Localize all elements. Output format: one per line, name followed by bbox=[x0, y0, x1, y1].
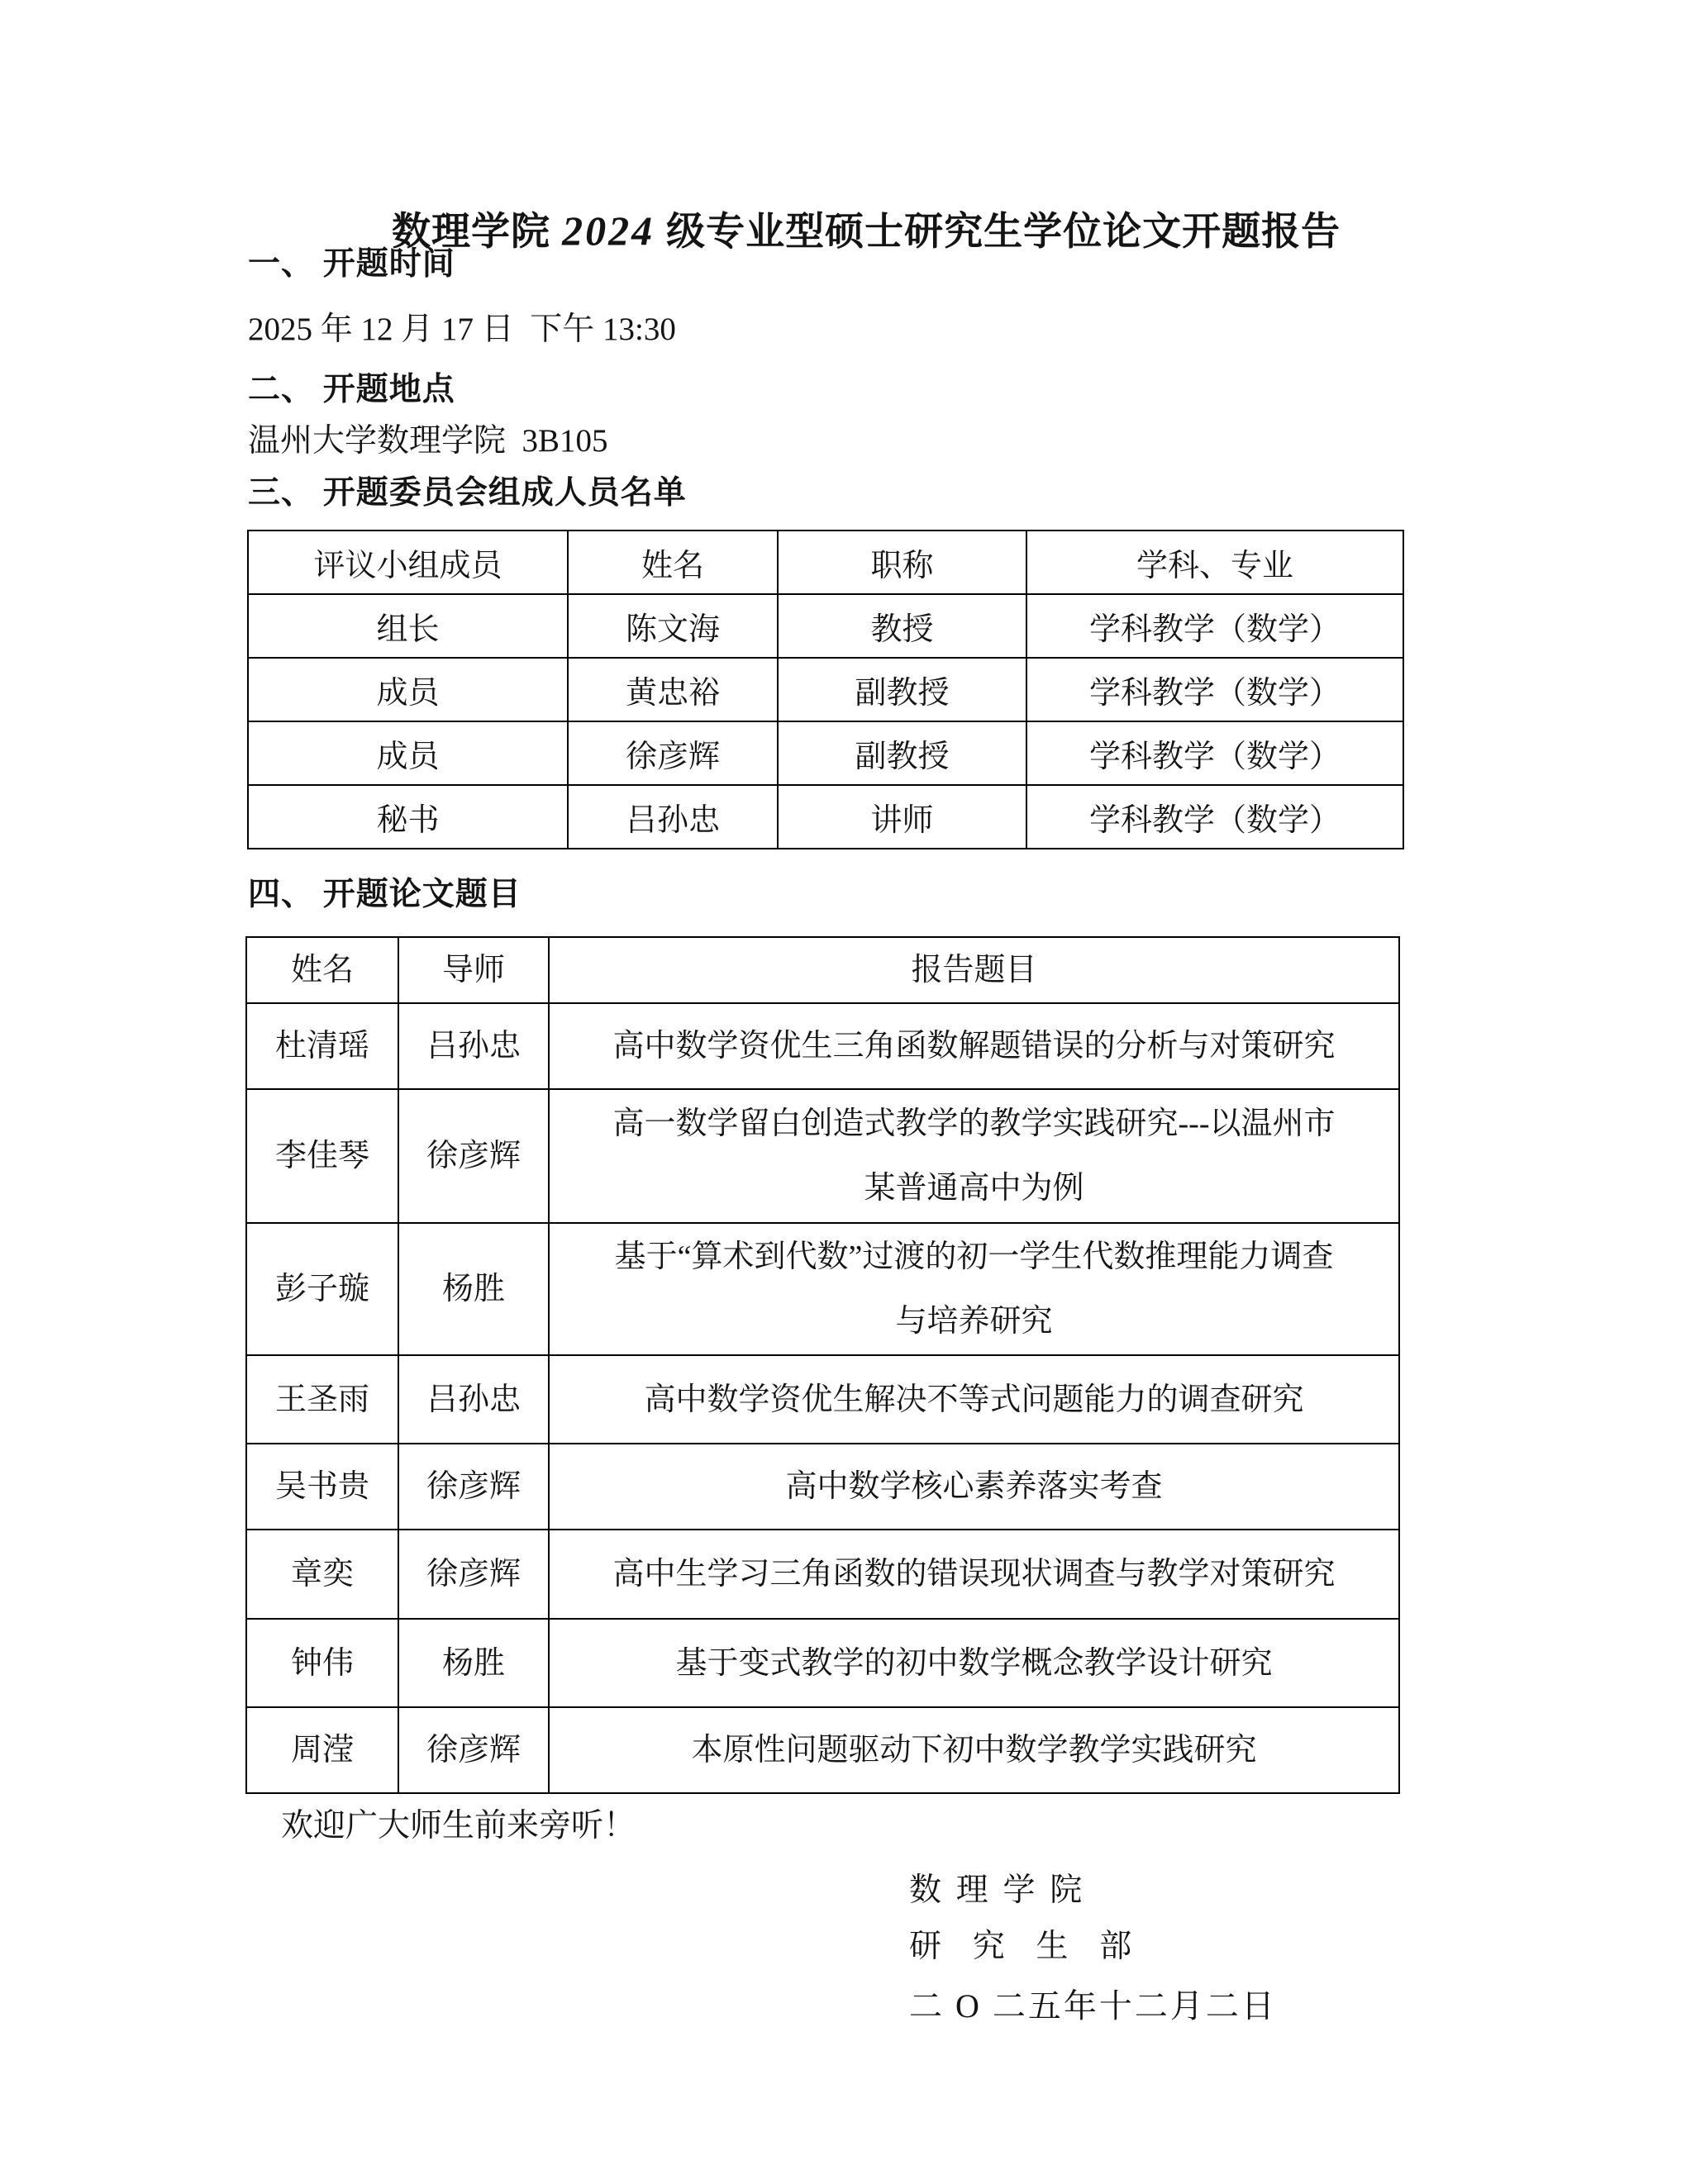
committee-table: 评议小组成员 姓名 职称 学科、专业 组长 陈文海 教授 学科教学（数学） 成员… bbox=[247, 530, 1404, 849]
title-cell: 副教授 bbox=[778, 721, 1026, 785]
section-heading-time: 一、 开题时间 bbox=[248, 238, 455, 284]
committee-row: 组长 陈文海 教授 学科教学（数学） bbox=[248, 594, 1403, 658]
advisor-cell: 徐彦辉 bbox=[398, 1089, 549, 1223]
thesis-header-row: 姓名 导师 报告题目 bbox=[246, 937, 1399, 1003]
signature-college: 数 理 学 院 bbox=[909, 1864, 1085, 1910]
welcome-text: 欢迎广大师生前来旁听！ bbox=[281, 1800, 636, 1846]
page-title-year: 2024 bbox=[562, 207, 655, 254]
report-title-cell: 基于“算术到代数”过渡的初一学生代数推理能力调查 与培养研究 bbox=[549, 1223, 1399, 1355]
signature-department: 研 究 生 部 bbox=[909, 1920, 1143, 1967]
column-header: 评议小组成员 bbox=[248, 531, 568, 594]
student-cell: 吴书贵 bbox=[246, 1444, 398, 1530]
advisor-cell: 吕孙忠 bbox=[398, 1355, 549, 1444]
name-cell: 黄忠裕 bbox=[568, 658, 778, 721]
student-cell: 周滢 bbox=[246, 1707, 398, 1793]
thesis-row: 王圣雨 吕孙忠 高中数学资优生解决不等式问题能力的调查研究 bbox=[246, 1355, 1399, 1444]
thesis-row: 章奕 徐彦辉 高中生学习三角函数的错误现状调查与教学对策研究 bbox=[246, 1530, 1399, 1619]
advisor-cell: 徐彦辉 bbox=[398, 1444, 549, 1530]
column-header: 导师 bbox=[398, 937, 549, 1003]
title-cell: 教授 bbox=[778, 594, 1026, 658]
report-title-cell: 本原性问题驱动下初中数学教学实践研究 bbox=[549, 1707, 1399, 1793]
page-title-suffix: 级专业型硕士研究生学位论文开题报告 bbox=[655, 209, 1341, 253]
signature-date: 二 O 二五年十二月二日 bbox=[909, 1980, 1277, 2027]
title-cell: 讲师 bbox=[778, 785, 1026, 849]
role-cell: 成员 bbox=[248, 721, 568, 785]
advisor-cell: 杨胜 bbox=[398, 1619, 549, 1707]
report-title-cell: 基于变式教学的初中数学概念教学设计研究 bbox=[549, 1619, 1399, 1707]
major-cell: 学科教学（数学） bbox=[1026, 785, 1403, 849]
committee-header-row: 评议小组成员 姓名 职称 学科、专业 bbox=[248, 531, 1403, 594]
title-cell: 副教授 bbox=[778, 658, 1026, 721]
name-cell: 徐彦辉 bbox=[568, 721, 778, 785]
student-cell: 钟伟 bbox=[246, 1619, 398, 1707]
thesis-row: 吴书贵 徐彦辉 高中数学核心素养落实考查 bbox=[246, 1444, 1399, 1530]
section-heading-thesis-titles: 四、 开题论文题目 bbox=[248, 868, 522, 915]
major-cell: 学科教学（数学） bbox=[1026, 721, 1403, 785]
committee-row: 成员 黄忠裕 副教授 学科教学（数学） bbox=[248, 658, 1403, 721]
student-cell: 彭子璇 bbox=[246, 1223, 398, 1355]
report-title-cell: 高中数学资优生三角函数解题错误的分析与对策研究 bbox=[549, 1003, 1399, 1089]
column-header: 职称 bbox=[778, 531, 1026, 594]
column-header: 学科、专业 bbox=[1026, 531, 1403, 594]
report-title-cell: 高中数学资优生解决不等式问题能力的调查研究 bbox=[549, 1355, 1399, 1444]
major-cell: 学科教学（数学） bbox=[1026, 658, 1403, 721]
student-cell: 章奕 bbox=[246, 1530, 398, 1619]
thesis-row: 李佳琴 徐彦辉 高一数学留白创造式教学的教学实践研究---以温州市 某普通高中为… bbox=[246, 1089, 1399, 1223]
advisor-cell: 徐彦辉 bbox=[398, 1530, 549, 1619]
name-cell: 陈文海 bbox=[568, 594, 778, 658]
report-title-cell: 高一数学留白创造式教学的教学实践研究---以温州市 某普通高中为例 bbox=[549, 1089, 1399, 1223]
committee-row: 秘书 吕孙忠 讲师 学科教学（数学） bbox=[248, 785, 1403, 849]
column-header: 报告题目 bbox=[549, 937, 1399, 1003]
major-cell: 学科教学（数学） bbox=[1026, 594, 1403, 658]
advisor-cell: 杨胜 bbox=[398, 1223, 549, 1355]
thesis-table: 姓名 导师 报告题目 杜清瑶 吕孙忠 高中数学资优生三角函数解题错误的分析与对策… bbox=[245, 936, 1400, 1794]
column-header: 姓名 bbox=[568, 531, 778, 594]
opening-location-text: 温州大学数理学院 3B105 bbox=[248, 415, 608, 461]
student-cell: 杜清瑶 bbox=[246, 1003, 398, 1089]
advisor-cell: 吕孙忠 bbox=[398, 1003, 549, 1089]
section-heading-location: 二、 开题地点 bbox=[248, 364, 455, 410]
role-cell: 秘书 bbox=[248, 785, 568, 849]
role-cell: 组长 bbox=[248, 594, 568, 658]
thesis-row: 彭子璇 杨胜 基于“算术到代数”过渡的初一学生代数推理能力调查 与培养研究 bbox=[246, 1223, 1399, 1355]
document-page: 数理学院 2024 级专业型硕士研究生学位论文开题报告 一、 开题时间 2025… bbox=[0, 0, 1686, 2184]
advisor-cell: 徐彦辉 bbox=[398, 1707, 549, 1793]
column-header: 姓名 bbox=[246, 937, 398, 1003]
section-heading-committee: 三、 开题委员会组成人员名单 bbox=[248, 467, 687, 513]
report-title-cell: 高中生学习三角函数的错误现状调查与教学对策研究 bbox=[549, 1530, 1399, 1619]
report-title-cell: 高中数学核心素养落实考查 bbox=[549, 1444, 1399, 1530]
thesis-row: 周滢 徐彦辉 本原性问题驱动下初中数学教学实践研究 bbox=[246, 1707, 1399, 1793]
thesis-row: 钟伟 杨胜 基于变式教学的初中数学概念教学设计研究 bbox=[246, 1619, 1399, 1707]
role-cell: 成员 bbox=[248, 658, 568, 721]
student-cell: 李佳琴 bbox=[246, 1089, 398, 1223]
name-cell: 吕孙忠 bbox=[568, 785, 778, 849]
opening-time-text: 2025 年 12 月 17 日 下午 13:30 bbox=[248, 303, 676, 350]
student-cell: 王圣雨 bbox=[246, 1355, 398, 1444]
committee-row: 成员 徐彦辉 副教授 学科教学（数学） bbox=[248, 721, 1403, 785]
thesis-row: 杜清瑶 吕孙忠 高中数学资优生三角函数解题错误的分析与对策研究 bbox=[246, 1003, 1399, 1089]
